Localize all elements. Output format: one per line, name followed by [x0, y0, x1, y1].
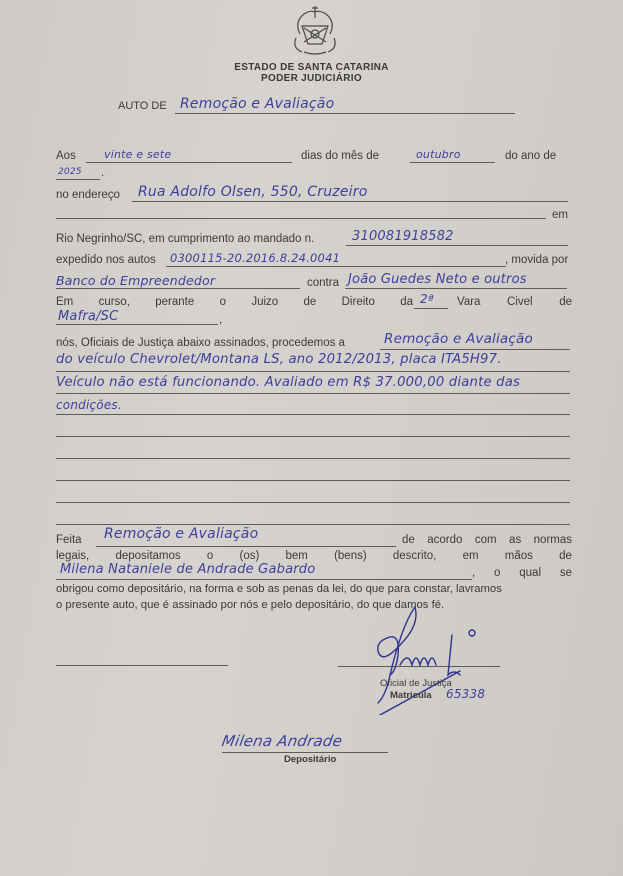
- title-line: [175, 113, 515, 114]
- depositary-value[interactable]: Milena Nataniele de Andrade Gabardo: [60, 562, 315, 577]
- mandado-value[interactable]: 310081918582: [352, 229, 454, 244]
- em-label: em: [552, 209, 568, 221]
- depositary-line: [56, 579, 472, 580]
- contra-label: contra: [307, 277, 339, 289]
- vara-number[interactable]: 2ª: [420, 292, 434, 306]
- description-text-1[interactable]: do veículo Chevrolet/Montana LS, ano 201…: [56, 352, 502, 367]
- year-line: [56, 179, 100, 180]
- matricula-label: Matricula: [390, 690, 432, 701]
- mandado-label: Rio Negrinho/SC, em cumprimento ao manda…: [56, 233, 314, 245]
- header-branch: PODER JUDICIÁRIO: [0, 73, 623, 84]
- description-line-2: [56, 393, 570, 394]
- blank-line-6: [56, 480, 570, 481]
- blank-line-4: [56, 436, 570, 437]
- feita-line: [96, 546, 396, 547]
- endereco-label: no endereço: [56, 189, 120, 201]
- autos-value[interactable]: 0300115-20.2016.8.24.0041: [170, 251, 340, 265]
- day-line: [86, 162, 292, 163]
- feita-value[interactable]: Remoção e Avaliação: [104, 526, 258, 542]
- description-line-3: [56, 414, 570, 415]
- mandado-line: [346, 245, 568, 246]
- defendant-line: [345, 288, 567, 289]
- description-line-1: [56, 371, 570, 372]
- legais-row: legais, depositamos o (os) bem (bens) de…: [56, 550, 572, 562]
- defendant-value[interactable]: João Guedes Neto e outros: [348, 272, 527, 287]
- day-value[interactable]: vinte e sete: [104, 148, 171, 161]
- address-line: [132, 201, 568, 202]
- aos-label: Aos: [56, 150, 76, 162]
- document-page: ESTADO DE SANTA CATARINA PODER JUDICIÁRI…: [0, 0, 623, 876]
- ano-label: do ano de: [505, 150, 556, 162]
- autos-label: expedido nos autos: [56, 254, 156, 266]
- year-suffix: .: [101, 167, 104, 179]
- procedure-value[interactable]: Remoção e Avaliação: [384, 331, 533, 347]
- blank-line-7: [56, 502, 570, 503]
- comarca-line: [56, 324, 218, 325]
- month-value[interactable]: outubro: [416, 148, 461, 161]
- depositary-label: Depositário: [284, 754, 336, 765]
- comarca-suffix: ,: [219, 314, 222, 326]
- vara-row: Vara Civel de: [457, 296, 572, 308]
- closing-line-1: obrigou como depositário, na forma e sob…: [56, 583, 502, 595]
- plaintiff-line: [56, 288, 300, 289]
- address-value[interactable]: Rua Adolfo Olsen, 550, Cruzeiro: [138, 184, 367, 200]
- blank-line-8: [56, 524, 570, 525]
- matricula-value[interactable]: 65338: [446, 687, 485, 701]
- left-signature-line: [56, 665, 228, 666]
- comarca-value[interactable]: Mafra/SC: [58, 309, 118, 324]
- title-label: AUTO DE: [118, 100, 167, 112]
- title-value[interactable]: Remoção e Avaliação: [180, 96, 334, 112]
- blank-line-5: [56, 458, 570, 459]
- movida-label: , movida por: [505, 254, 568, 266]
- officer-label: Oficial de Justiça: [380, 678, 452, 689]
- header-state: ESTADO DE SANTA CATARINA: [0, 62, 623, 73]
- feita-label: Feita: [56, 534, 82, 546]
- curso-row: Em curso, perante o Juizo de Direito da: [56, 296, 413, 308]
- depositary-signature-line: [222, 752, 388, 753]
- depositary-signature: Milena Andrade: [220, 732, 343, 750]
- month-line: [410, 162, 495, 163]
- vara-line: [414, 308, 448, 309]
- qual-row: , o qual se: [472, 567, 572, 579]
- dias-label: dias do mês de: [301, 150, 379, 162]
- plaintiff-value[interactable]: Banco do Empreendedor: [56, 273, 215, 288]
- coat-of-arms-icon: [286, 4, 344, 58]
- description-text-2[interactable]: Veículo não está funcionando. Avaliado e…: [56, 375, 520, 390]
- address-line-2: [56, 218, 546, 219]
- year-value[interactable]: 2025: [58, 167, 82, 177]
- oficiais-label: nós, Oficiais de Justiça abaixo assinado…: [56, 337, 345, 349]
- normas-label: de acordo com as normas: [402, 534, 572, 546]
- autos-line: [166, 266, 506, 267]
- procedure-line: [380, 349, 570, 350]
- description-text-3[interactable]: condições.: [56, 398, 122, 412]
